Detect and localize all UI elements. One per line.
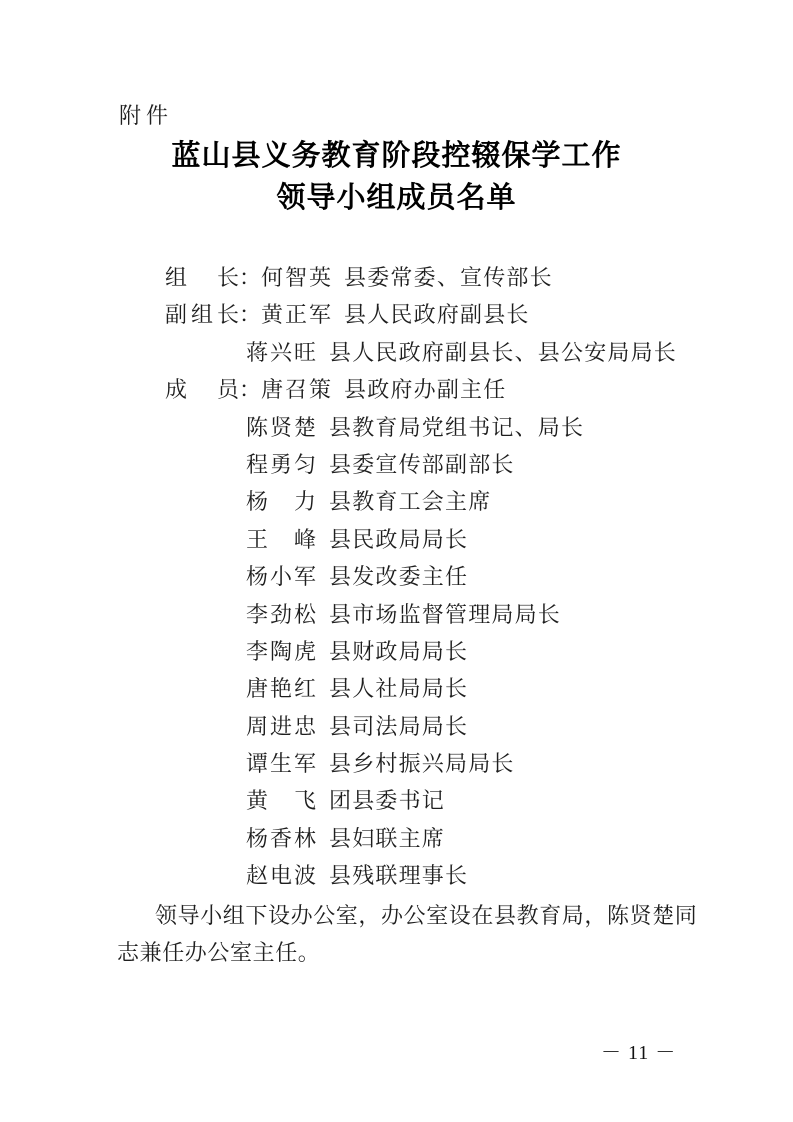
member-role: 县发改委主任 <box>329 558 468 595</box>
member-row: 唐艳红县人社局局长 <box>165 670 677 707</box>
member-name: 李劲松 <box>246 596 316 633</box>
member-row: 李陶虎县财政局局长 <box>165 633 677 670</box>
label-colon: ： <box>239 302 261 327</box>
member-name: 杨力 <box>246 483 316 520</box>
member-role: 县人民政府副县长 <box>344 296 530 333</box>
document-page: 附件 蓝山县义务教育阶段控辍保学工作 领导小组成员名单 组长：何智英县委常委、宣… <box>0 0 793 1122</box>
member-role: 县教育局党组书记、局长 <box>329 409 584 446</box>
closing-line: 志兼任办公室主任。 <box>117 934 697 971</box>
member-row: 程勇匀县委宣传部副部长 <box>165 446 677 483</box>
member-row: 周进忠县司法局局长 <box>165 708 677 745</box>
member-row: 成员：唐召策县政府办副主任 <box>165 371 677 408</box>
member-name: 何智英 <box>261 259 331 296</box>
member-row: 陈贤楚县教育局党组书记、局长 <box>165 409 677 446</box>
member-name: 蒋兴旺 <box>246 334 316 371</box>
member-label: 副组长： <box>165 296 261 333</box>
member-role: 县人民政府副县长、县公安局局长 <box>329 334 677 371</box>
member-role: 团县委书记 <box>329 782 445 819</box>
member-name: 赵电波 <box>246 857 316 894</box>
attachment-label: 附件 <box>119 101 173 131</box>
member-name: 唐艳红 <box>246 670 316 707</box>
member-role: 县民政局局长 <box>329 521 468 558</box>
member-role: 县妇联主席 <box>329 820 445 857</box>
member-label: 成员： <box>165 371 261 408</box>
member-name: 陈贤楚 <box>246 409 316 446</box>
member-name: 李陶虎 <box>246 633 316 670</box>
member-row: 组长：何智英县委常委、宣传部长 <box>165 259 677 296</box>
closing-paragraph: 领导小组下设办公室，办公室设在县教育局，陈贤楚同 志兼任办公室主任。 <box>117 897 697 972</box>
member-role: 县委常委、宣传部长 <box>344 259 553 296</box>
member-label: 组长： <box>165 259 261 296</box>
member-row: 杨小军县发改委主任 <box>165 558 677 595</box>
member-role: 县市场监督管理局局长 <box>329 596 561 633</box>
member-name: 周进忠 <box>246 708 316 745</box>
member-role: 县教育工会主席 <box>329 483 491 520</box>
member-name: 谭生军 <box>246 745 316 782</box>
member-role: 县财政局局长 <box>329 633 468 670</box>
member-role: 县委宣传部副部长 <box>329 446 515 483</box>
member-name: 王峰 <box>246 521 316 558</box>
member-name: 杨香林 <box>246 820 316 857</box>
document-title: 蓝山县义务教育阶段控辍保学工作 领导小组成员名单 <box>0 135 793 219</box>
member-row: 黄飞团县委书记 <box>165 782 677 819</box>
label-colon: ： <box>239 265 261 290</box>
member-name: 程勇匀 <box>246 446 316 483</box>
member-role: 县乡村振兴局局长 <box>329 745 515 782</box>
page-number: － 11 － <box>601 1041 676 1065</box>
label-colon: ： <box>239 377 261 402</box>
member-row: 杨力县教育工会主席 <box>165 483 677 520</box>
member-name: 黄飞 <box>246 782 316 819</box>
member-name: 杨小军 <box>246 558 316 595</box>
member-row: 赵电波县残联理事长 <box>165 857 677 894</box>
member-row: 杨香林县妇联主席 <box>165 820 677 857</box>
member-row: 王峰县民政局局长 <box>165 521 677 558</box>
title-line-1: 蓝山县义务教育阶段控辍保学工作 <box>0 135 793 177</box>
member-role: 县司法局局长 <box>329 708 468 745</box>
member-row: 谭生军县乡村振兴局局长 <box>165 745 677 782</box>
member-row: 李劲松县市场监督管理局局长 <box>165 596 677 633</box>
closing-line: 领导小组下设办公室，办公室设在县教育局，陈贤楚同 <box>117 897 697 934</box>
member-name: 唐召策 <box>261 371 331 408</box>
member-row: 蒋兴旺县人民政府副县长、县公安局局长 <box>165 334 677 371</box>
member-role: 县残联理事长 <box>329 857 468 894</box>
member-row: 副组长：黄正军县人民政府副县长 <box>165 296 677 333</box>
member-role: 县政府办副主任 <box>344 371 506 408</box>
member-name: 黄正军 <box>261 296 331 333</box>
title-line-2: 领导小组成员名单 <box>0 177 793 219</box>
member-role: 县人社局局长 <box>329 670 468 707</box>
member-list: 组长：何智英县委常委、宣传部长副组长：黄正军县人民政府副县长蒋兴旺县人民政府副县… <box>165 259 677 895</box>
